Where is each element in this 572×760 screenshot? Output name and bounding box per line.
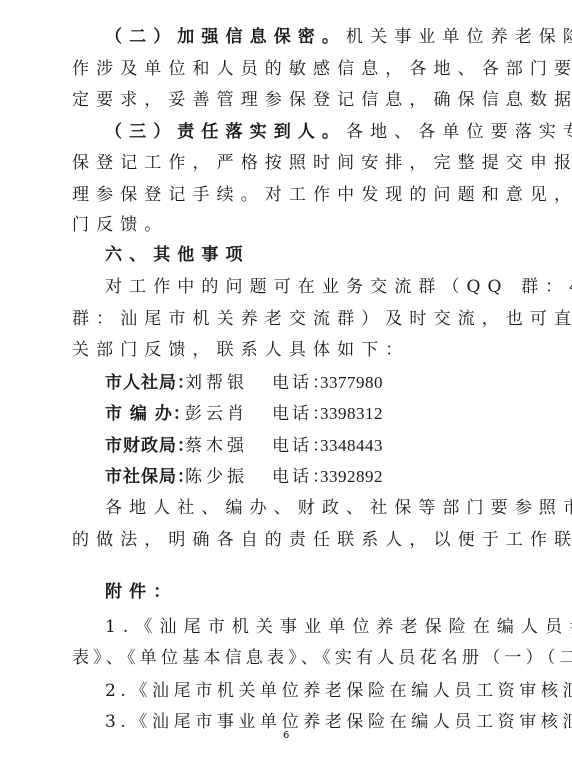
section-6-heading: 六、其他事项 [105, 245, 545, 265]
section-3-line-2: 保登记工作，严格按照时间安排，完整提交申报资料，及时办 [72, 153, 512, 173]
contact-tel: 3398312 [320, 404, 383, 424]
section-2-line-1: （二）加强信息保密。机关事业单位养老保险参保登记工 [105, 27, 545, 47]
section-6-para-line-3: 关部门反馈，联系人具体如下： [72, 340, 512, 360]
contact-name: 刘帮银 [185, 373, 248, 393]
section-3-line-4: 门反馈。 [72, 215, 512, 235]
section-2-line-3: 定要求，妥善管理参保登记信息，确保信息数据安全不泄密。 [72, 90, 512, 110]
section-3-line-3: 理参保登记手续。对工作中发现的问题和意见，及时向相关部 [72, 185, 512, 205]
contact-dept: 市财政局： [105, 436, 195, 456]
closing-line-1: 各地人社、编办、财政、社保等部门要参照市直相关部门 [105, 498, 545, 518]
contact-dept: 市 编 办： [105, 404, 191, 424]
contact-name: 彭云肖 [185, 404, 248, 424]
section-6-para-line-2: 群：汕尾市机关养老交流群）及时交流，也可直接向市直各相 [72, 309, 512, 329]
attachment-3: 3.《汕尾市事业单位养老保险在编人员工资审核汇总表》； [105, 712, 545, 732]
contact-name: 蔡木强 [185, 436, 248, 456]
contact-dept: 市社保局： [105, 467, 195, 487]
contact-tel: 3377980 [320, 373, 383, 393]
page-number: 6 [283, 730, 289, 741]
section-6-para-line-1: 对工作中的问题可在业务交流群（QQ 群：429151404；微信 [105, 277, 545, 297]
section-3-heading: （三）责任落实到人。 [105, 122, 346, 142]
section-2-heading: （二）加强信息保密。 [105, 27, 346, 47]
contact-tel: 3348443 [320, 436, 383, 456]
attachments-heading: 附件： [105, 582, 545, 602]
closing-line-2: 的做法，明确各自的责任联系人，以便于工作联系。 [72, 530, 512, 550]
section-3-line-1: （三）责任落实到人。各地、各单位要落实专人，负责参 [105, 122, 545, 142]
contact-name: 陈少振 [185, 467, 248, 487]
attachment-1-line-1: 1.《汕尾市机关事业单位养老保险在编人员参保审核汇总 [105, 617, 545, 637]
attachment-1-line-2: 表》、《单位基本信息表》、《实有人员花名册（一）（二）》； [72, 648, 512, 668]
attachment-2: 2.《汕尾市机关单位养老保险在编人员工资审核汇总表》； [105, 681, 545, 701]
contact-tel: 3392892 [320, 467, 383, 487]
contact-dept: 市人社局： [105, 373, 195, 393]
section-2-line-2: 作涉及单位和人员的敏感信息，各地、各部门要按有关保密规 [72, 59, 512, 79]
